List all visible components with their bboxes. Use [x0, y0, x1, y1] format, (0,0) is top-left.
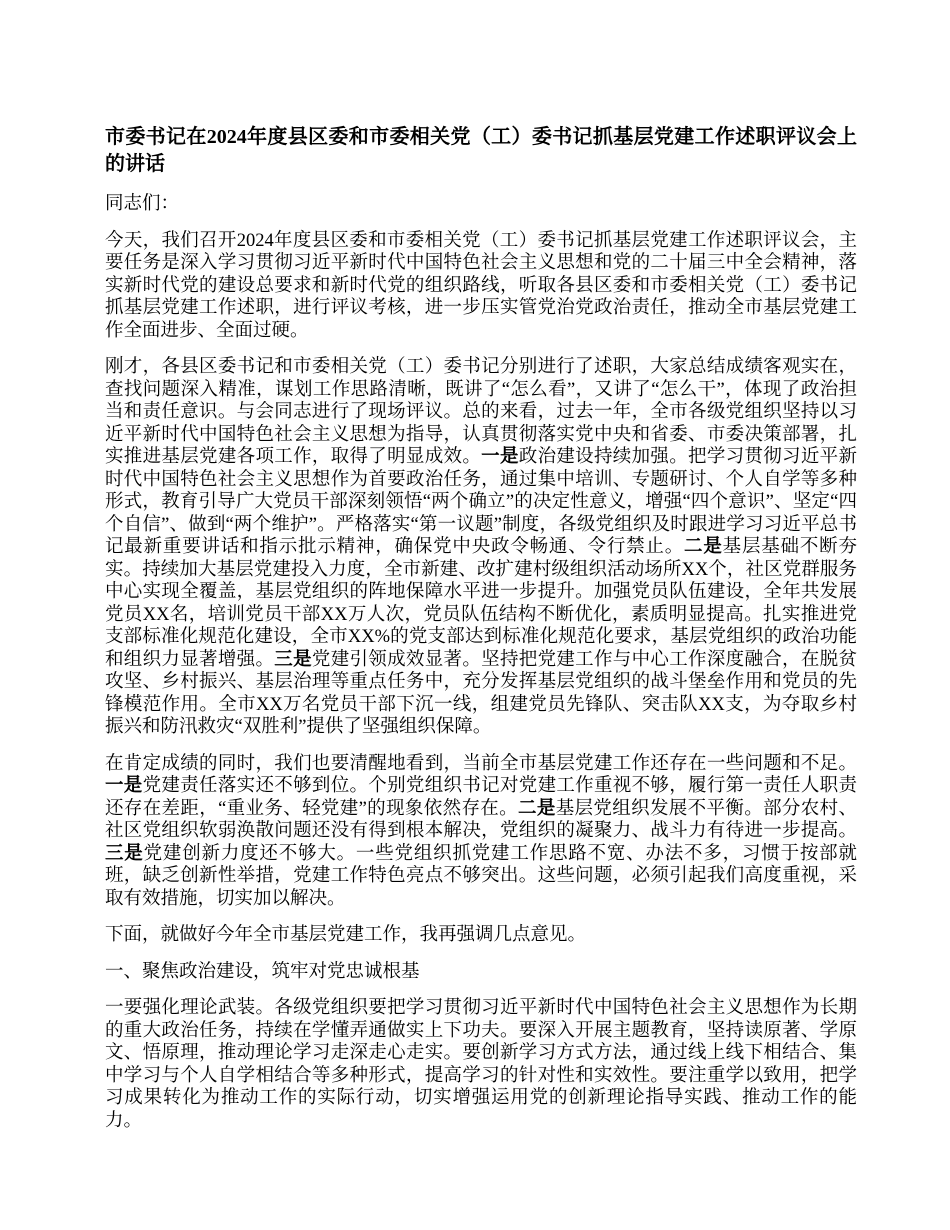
document-title: 市委书记在2024年度县区委和市委相关党（工）委书记抓基层党建工作述职评议会上的…: [105, 124, 857, 178]
achievement-point-1-marker: 一是: [481, 447, 519, 467]
problems-intro: 在肯定成绩的同时，我们也要清醒地看到，当前全市基层党建工作还存在一些问题和不足。: [105, 754, 857, 774]
salutation: 同志们：: [105, 193, 857, 216]
document-page: 市委书记在2024年度县区委和市委相关党（工）委书记抓基层党建工作述职评议会上的…: [0, 0, 950, 1230]
problem-point-1-marker: 一是: [105, 776, 143, 796]
achievement-point-2-marker: 二是: [684, 537, 723, 557]
problem-point-3-marker: 三是: [105, 844, 144, 864]
achievements-paragraph: 刚才，各县区委书记和市委相关党（工）委书记分别进行了述职，大家总结成绩客观实在，…: [105, 356, 857, 739]
problems-paragraph: 在肯定成绩的同时，我们也要清醒地看到，当前全市基层党建工作还存在一些问题和不足。…: [105, 753, 857, 911]
transition-paragraph: 下面，就做好今年全市基层党建工作，我再强调几点意见。: [105, 924, 857, 947]
section-1-heading: 一、聚焦政治建设，筑牢对党忠诚根基: [105, 961, 857, 984]
achievement-point-3-marker: 三是: [274, 650, 312, 670]
opening-paragraph: 今天，我们召开2024年度县区委和市委相关党（工）委书记抓基层党建工作述职评议会…: [105, 230, 857, 343]
problem-point-2-marker: 二是: [518, 799, 556, 819]
section-1-paragraph-1: 一要强化理论武装。各级党组织要把学习贯彻习近平新时代中国特色社会主义思想作为长期…: [105, 997, 857, 1132]
problem-point-3-text: 党建创新力度还不够大。一些党组织抓党建工作思路不宽、办法不多，习惯于按部就班，缺…: [105, 844, 857, 909]
